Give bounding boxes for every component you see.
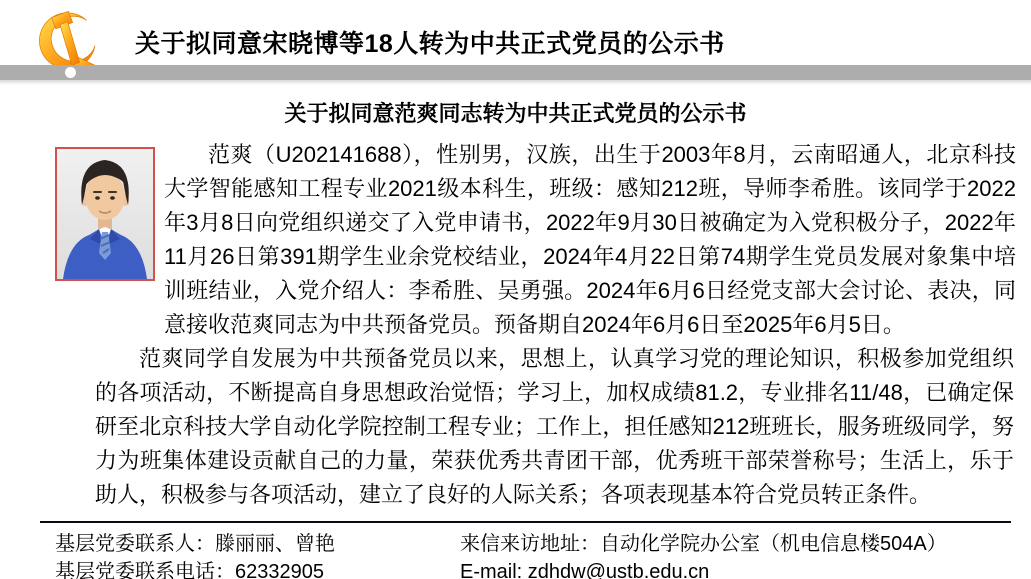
- header-title: 关于拟同意宋晓博等18人转为中共正式党员的公示书: [135, 24, 725, 60]
- notice-paragraph-2: 范爽同学自发展为中共预备党员以来，思想上，认真学习党的理论知识，积极参加党组织的…: [95, 342, 1014, 512]
- address-text: 来信来访地址：自动化学院办公室（机电信息楼504A）: [460, 530, 1031, 558]
- divider-bar-shadow: [0, 80, 1031, 85]
- notice-title: 关于拟同意范爽同志转为中共正式党员的公示书: [0, 97, 1031, 128]
- page-header: 关于拟同意宋晓博等18人转为中共正式党员的公示书: [0, 0, 1031, 65]
- footer-left-column: 基层党委联系人：滕丽丽、曾艳 基层党委联系电话：62332905: [55, 530, 460, 579]
- footer-right-column: 来信来访地址：自动化学院办公室（机电信息楼504A） E-mail: zdhdw…: [460, 530, 1031, 579]
- footer: 基层党委联系人：滕丽丽、曾艳 基层党委联系电话：62332905 来信来访地址：…: [0, 530, 1031, 579]
- notice-page: 关于拟同意宋晓博等18人转为中共正式党员的公示书 关于拟同意范爽同志转为中共正式…: [0, 0, 1031, 579]
- divider-dot: [65, 67, 76, 78]
- email-text: E-mail: zdhdw@ustb.edu.cn: [460, 558, 1031, 579]
- footer-rule: [40, 521, 1011, 523]
- portrait-photo: [55, 147, 155, 281]
- party-emblem-icon: [32, 5, 102, 65]
- divider-bar: [0, 65, 1031, 80]
- contact-phone-text: 基层党委联系电话：62332905: [55, 558, 460, 579]
- notice-body: 范爽（U202141688），性别男，汉族，出生于2003年8月，云南昭通人，北…: [0, 138, 1031, 512]
- photo-paragraph-row: 范爽（U202141688），性别男，汉族，出生于2003年8月，云南昭通人，北…: [55, 138, 1016, 342]
- notice-paragraph-1: 范爽（U202141688），性别男，汉族，出生于2003年8月，云南昭通人，北…: [164, 138, 1016, 342]
- contact-person-text: 基层党委联系人：滕丽丽、曾艳: [55, 530, 460, 558]
